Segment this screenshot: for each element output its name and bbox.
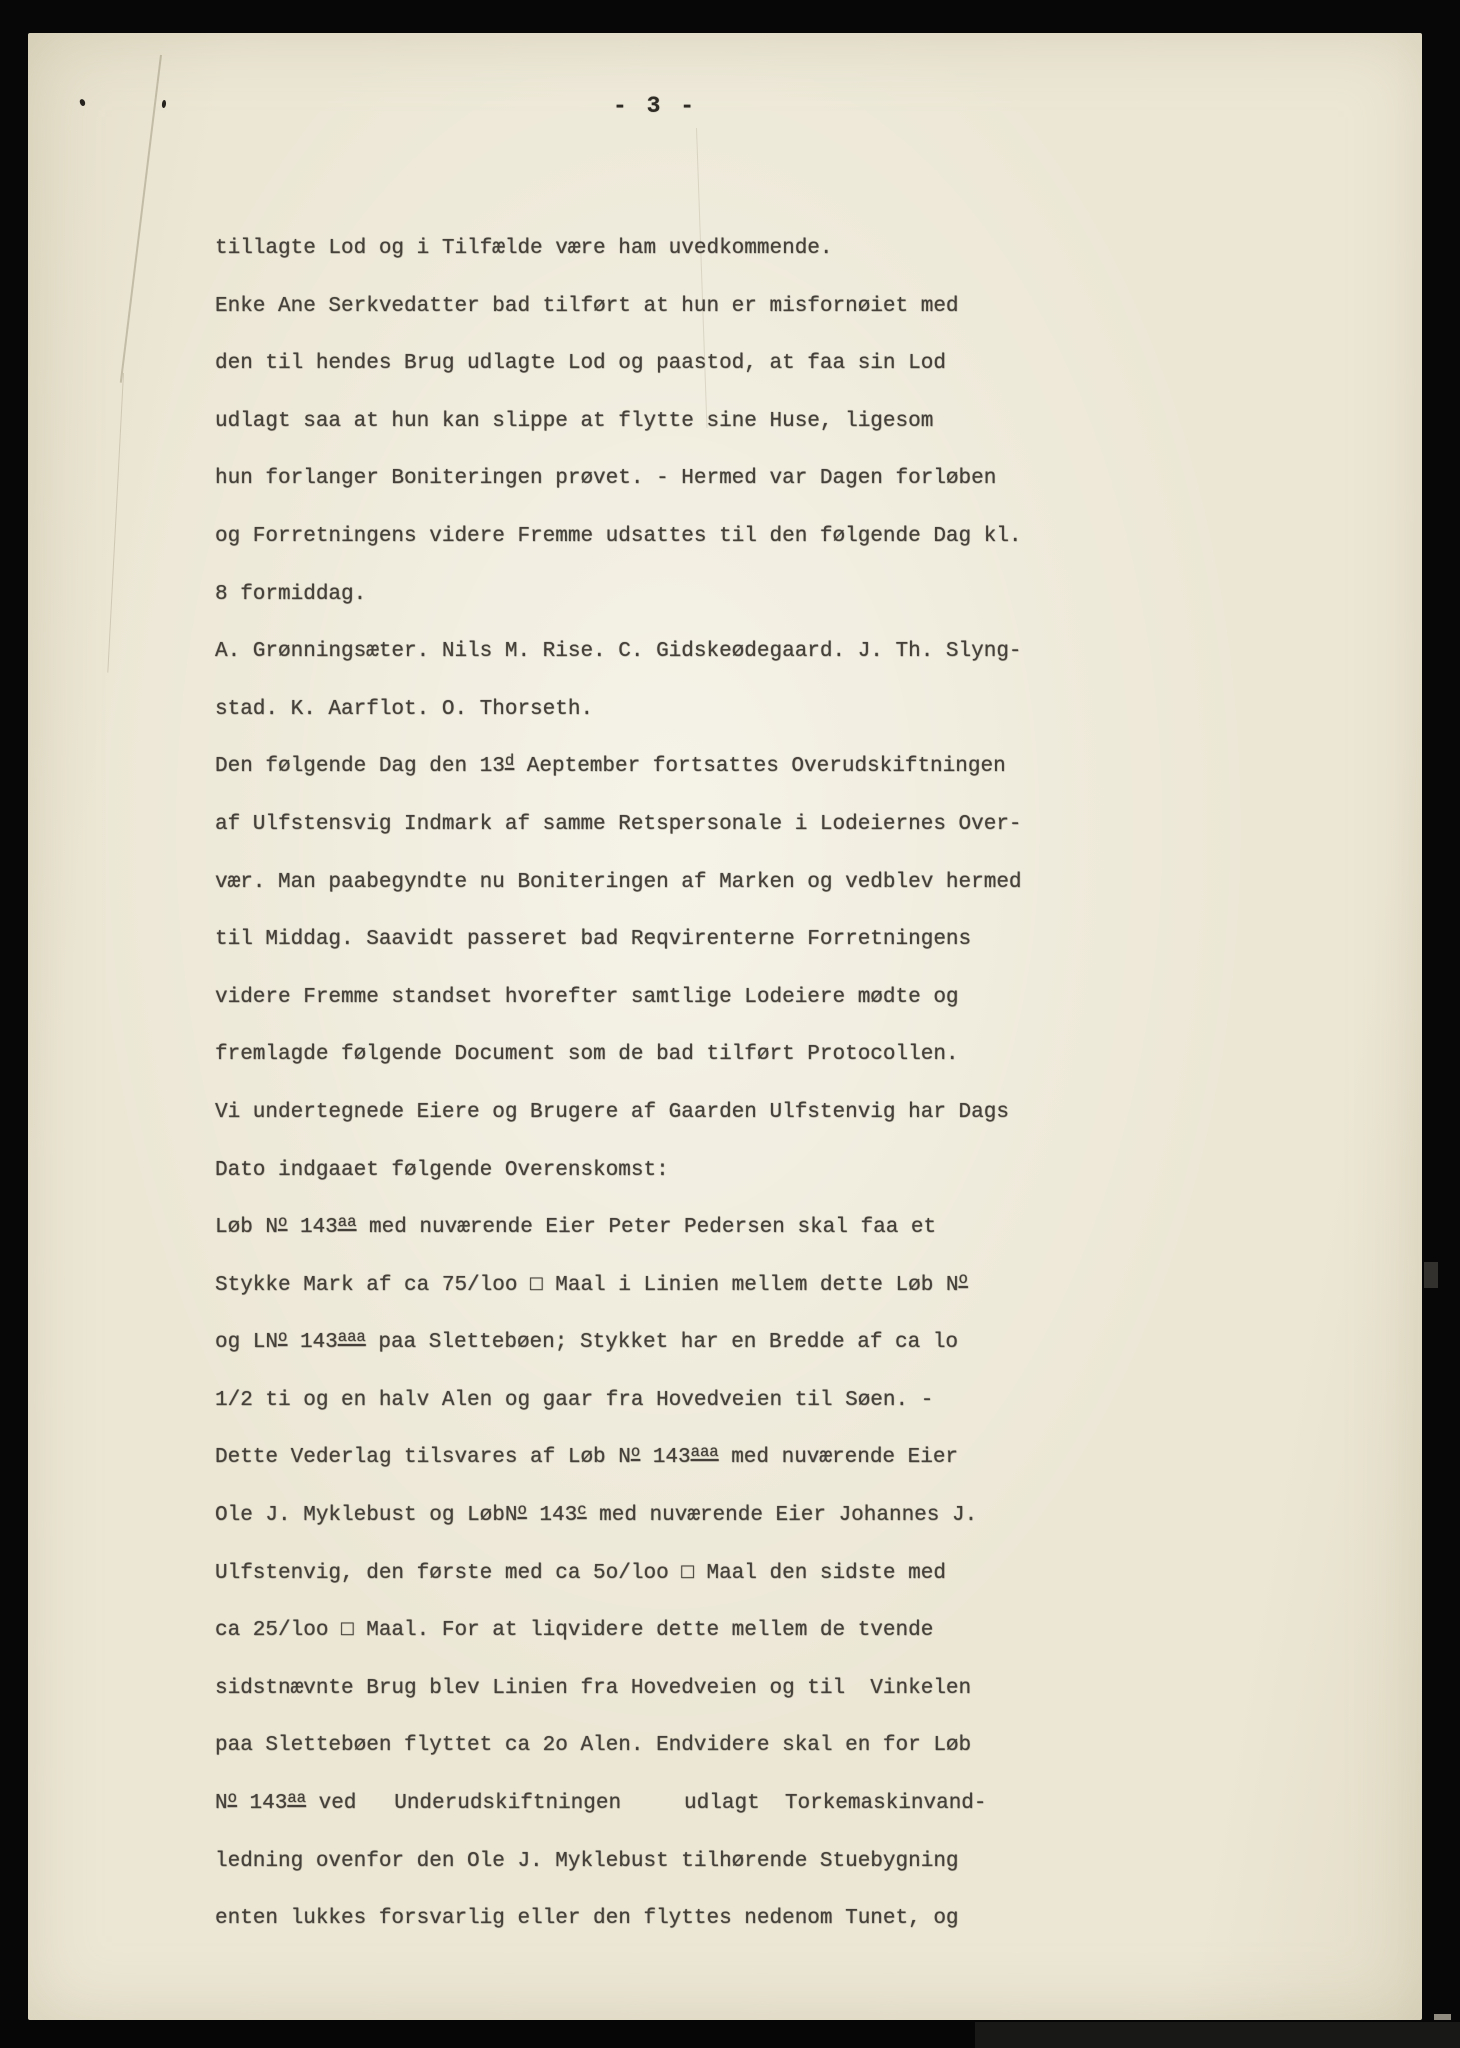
superscript-suffix: o	[278, 1328, 287, 1346]
text-line: ca 25/loo □ Maal. For at liqvidere dette…	[215, 1619, 1355, 1677]
text-line: Enke Ane Serkvedatter bad tilført at hun…	[215, 295, 1355, 353]
text-line: udlagt saa at hun kan slippe at flytte s…	[215, 410, 1355, 468]
document-page: - 3 - tillagte Lod og i Tilfælde være ha…	[28, 33, 1422, 2020]
paper-crease	[120, 55, 162, 383]
text-line: A. Grønningsæter. Nils M. Rise. C. Gidsk…	[215, 640, 1355, 698]
superscript-suffix: aa	[338, 1213, 357, 1231]
text-line: Dette Vederlag tilsvares af Løb No 143aa…	[215, 1446, 1355, 1504]
text-line: sidstnævnte Brug blev Linien fra Hovedve…	[215, 1677, 1355, 1735]
text-line: den til hendes Brug udlagte Lod og paast…	[215, 352, 1355, 410]
text-line: Ole J. Myklebust og LøbNo 143c med nuvær…	[215, 1504, 1355, 1562]
superscript-suffix: aaa	[338, 1328, 366, 1346]
text-line: No 143aa ved Underudskiftningen udlagt T…	[215, 1792, 1355, 1850]
scan-border-bottom-light	[975, 2022, 1460, 2048]
page-number: - 3 -	[613, 93, 697, 119]
text-line: videre Fremme standset hvorefter samtlig…	[215, 986, 1355, 1044]
text-line: Stykke Mark af ca 75/loo □ Maal i Linien…	[215, 1274, 1355, 1332]
text-line: 1/2 ti og en halv Alen og gaar fra Hoved…	[215, 1389, 1355, 1447]
text-line: tillagte Lod og i Tilfælde være ham uved…	[215, 237, 1355, 295]
superscript-suffix: c	[577, 1501, 586, 1519]
superscript-suffix: o	[959, 1270, 968, 1288]
text-line: ledning ovenfor den Ole J. Myklebust til…	[215, 1850, 1355, 1908]
superscript-suffix: o	[278, 1213, 287, 1231]
text-line: fremlagde følgende Document som de bad t…	[215, 1043, 1355, 1101]
text-line: vær. Man paabegyndte nu Boniteringen af …	[215, 871, 1355, 929]
scan-artifact	[1424, 1262, 1438, 1288]
ink-speck	[79, 98, 86, 106]
text-line: Løb No 143aa med nuværende Eier Peter Pe…	[215, 1216, 1355, 1274]
text-line: hun forlanger Boniteringen prøvet. - Her…	[215, 467, 1355, 525]
scanned-page-background: - 3 - tillagte Lod og i Tilfælde være ha…	[0, 0, 1460, 2048]
superscript-suffix: o	[631, 1443, 640, 1461]
text-line: Ulfstenvig, den første med ca 5o/loo □ M…	[215, 1562, 1355, 1620]
text-line: enten lukkes forsvarlig eller den flytte…	[215, 1907, 1355, 1965]
ink-speck	[161, 100, 166, 108]
text-line: Dato indgaaet følgende Overenskomst:	[215, 1159, 1355, 1217]
text-line: Den følgende Dag den 13d Aeptember forts…	[215, 755, 1355, 813]
text-line: og LNo 143aaa paa Slettebøen; Stykket ha…	[215, 1331, 1355, 1389]
text-line: 8 formiddag.	[215, 583, 1355, 641]
superscript-suffix: o	[228, 1789, 237, 1807]
text-line: paa Slettebøen flyttet ca 2o Alen. Endvi…	[215, 1734, 1355, 1792]
superscript-suffix: d	[505, 752, 514, 770]
text-line: stad. K. Aarflot. O. Thorseth.	[215, 698, 1355, 756]
text-line: Vi undertegnede Eiere og Brugere af Gaar…	[215, 1101, 1355, 1159]
superscript-suffix: aa	[287, 1789, 306, 1807]
typewritten-text: tillagte Lod og i Tilfælde være ham uved…	[215, 237, 1355, 1965]
scan-border-bottom	[0, 2020, 1460, 2048]
superscript-suffix: aaa	[691, 1443, 719, 1461]
text-line: af Ulfstensvig Indmark af samme Retspers…	[215, 813, 1355, 871]
superscript-suffix: o	[517, 1501, 526, 1519]
text-line: til Middag. Saavidt passeret bad Reqvire…	[215, 928, 1355, 986]
text-line: og Forretningens videre Fremme udsattes …	[215, 525, 1355, 583]
paper-crease	[107, 373, 124, 673]
